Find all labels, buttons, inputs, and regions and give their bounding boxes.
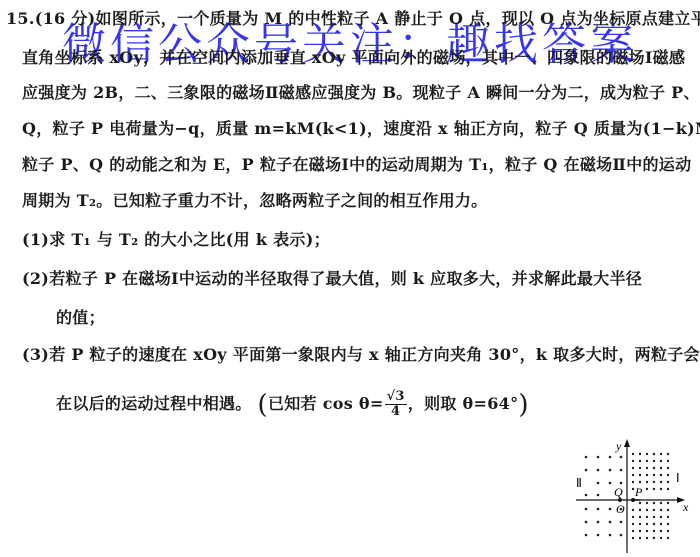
fraction-denominator: 4 <box>385 405 407 419</box>
question-text: 若粒子 P 在磁场Ⅰ中运动的半径取得了最大值，则 k 应取多大，并求解此最大半径 <box>49 269 642 288</box>
question-2: (2)若粒子 P 在磁场Ⅰ中运动的半径取得了最大值，则 k 应取多大，并求解此最… <box>22 266 642 289</box>
problem-line-2: 直角坐标系 xOy，并在空间内添加垂直 xOy 平面向外的磁场，其中一、四象限的… <box>22 45 685 68</box>
question-text: 在以后的运动过程中相遇。 <box>56 394 252 413</box>
field-diagram: x y O Ⅱ Ⅰ Q P <box>560 430 700 557</box>
region-label-i: Ⅰ <box>676 471 680 485</box>
problem-line-3: 应强度为 2B，二、三象限的磁场Ⅱ磁感应强度为 B。现粒子 A 瞬间一分为二，成… <box>22 80 700 103</box>
question-label: (3) <box>22 345 49 364</box>
question-2-cont: 的值； <box>56 305 105 328</box>
hint-prefix: 已知若 cos θ= <box>268 394 384 413</box>
paren-open: ( <box>257 390 267 420</box>
question-text: 求 T₁ 与 T₂ 的大小之比(用 k 表示)； <box>49 230 330 249</box>
problem-number: 15. <box>6 9 35 28</box>
problem-line-4: Q，粒子 P 电荷量为−q，质量 m=kM(k<1)，速度沿 x 轴正方向，粒子… <box>22 116 700 139</box>
problem-points: (16 分) <box>35 9 96 28</box>
origin-label: O <box>616 502 625 516</box>
hint-suffix: ，则取 θ=64° <box>408 394 519 413</box>
question-1: (1)求 T₁ 与 T₂ 的大小之比(用 k 表示)； <box>22 227 330 250</box>
problem-line-5: 粒子 P、Q 的动能之和为 E，P 粒子在磁场Ⅰ中的运动周期为 T₁，粒子 Q … <box>22 152 691 175</box>
particle-q-label: Q <box>614 485 623 499</box>
x-axis-label: x <box>682 500 689 514</box>
y-axis-label: y <box>615 439 622 453</box>
problem-line-6: 周期为 T₂。已知粒子重力不计，忽略两粒子之间的相互作用力。 <box>22 188 488 211</box>
y-axis-arrow-icon <box>624 439 630 447</box>
problem-line-1: 15.(16 分)如图所示，一个质量为 M 的中性粒子 A 静止于 O 点，现以… <box>6 6 700 29</box>
fraction: √34 <box>385 390 407 419</box>
particle-p-label: P <box>634 485 643 499</box>
region-label-ii: Ⅱ <box>576 476 582 490</box>
question-label: (1) <box>22 230 49 249</box>
diagram-svg: x y O Ⅱ Ⅰ Q P <box>560 430 700 557</box>
question-3-cont: 在以后的运动过程中相遇。 (已知若 cos θ=√34，则取 θ=64°) <box>56 390 529 420</box>
question-text: 若 P 粒子的速度在 xOy 平面第一象限内与 x 轴正方向夹角 30°，k 取… <box>49 345 700 364</box>
question-label: (2) <box>22 269 49 288</box>
problem-text: 如图所示，一个质量为 M 的中性粒子 A 静止于 O 点，现以 O 点为坐标原点… <box>96 9 700 28</box>
paren-close: ) <box>518 390 528 420</box>
question-3: (3)若 P 粒子的速度在 xOy 平面第一象限内与 x 轴正方向夹角 30°，… <box>22 342 700 365</box>
fraction-numerator: √3 <box>385 390 407 405</box>
